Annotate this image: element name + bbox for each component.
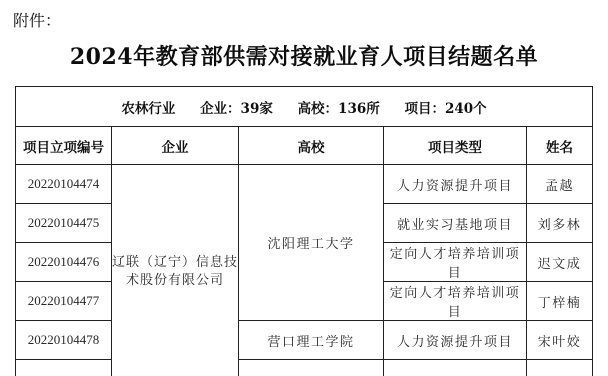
project-id-cell <box>16 360 112 376</box>
name-cell: 孟越 <box>527 165 593 204</box>
summary-cell: 农林行业 企业：39家 高校：136所 项目：240个 <box>16 87 593 127</box>
project-id-cell: 20220104477 <box>16 282 112 321</box>
project-type-cell: 就业实习基地项目 <box>384 204 527 243</box>
document-title: 2024年教育部供需对接就业育人项目结题名单 <box>0 40 608 71</box>
table-row-partial <box>16 360 593 376</box>
table-row: 20220104478 营口理工学院 人力资源提升项目 宋叶姣 <box>16 321 593 360</box>
name-cell: 迟文成 <box>527 243 593 282</box>
university-cell: 沈阳理工大学 <box>239 165 384 321</box>
project-list-table: 农林行业 企业：39家 高校：136所 项目：240个 项目立项编号 企业 高校… <box>15 86 593 376</box>
summary-enterprises: 企业：39家 <box>200 97 273 117</box>
project-id-cell: 20220104474 <box>16 165 112 204</box>
university-cell <box>239 360 384 376</box>
enterprise-cell: 辽联（辽宁）信息技术股份有限公司 <box>112 165 239 376</box>
header-enterprise: 企业 <box>112 127 239 165</box>
name-cell: 刘多林 <box>527 204 593 243</box>
project-type-cell <box>384 360 527 376</box>
name-cell <box>527 360 593 376</box>
name-cell: 丁梓楠 <box>527 282 593 321</box>
summary-row: 农林行业 企业：39家 高校：136所 项目：240个 <box>16 87 593 127</box>
header-project-id: 项目立项编号 <box>16 127 112 165</box>
header-name: 姓名 <box>527 127 593 165</box>
column-header-row: 项目立项编号 企业 高校 项目类型 姓名 <box>16 127 593 165</box>
table-row: 20220104474 辽联（辽宁）信息技术股份有限公司 沈阳理工大学 人力资源… <box>16 165 593 204</box>
attachment-label: 附件： <box>13 8 61 31</box>
summary-universities: 高校：136所 <box>298 97 380 117</box>
summary-projects: 项目：240个 <box>404 97 486 117</box>
summary-industry: 农林行业 <box>121 97 175 117</box>
header-university: 高校 <box>239 127 384 165</box>
project-type-cell: 人力资源提升项目 <box>384 321 527 360</box>
project-type-cell: 定向人才培养培训项目 <box>384 243 527 282</box>
header-project-type: 项目类型 <box>384 127 527 165</box>
project-id-cell: 20220104475 <box>16 204 112 243</box>
project-type-cell: 定向人才培养培训项目 <box>384 282 527 321</box>
project-id-cell: 20220104478 <box>16 321 112 360</box>
project-type-cell: 人力资源提升项目 <box>384 165 527 204</box>
university-cell: 营口理工学院 <box>239 321 384 360</box>
project-id-cell: 20220104476 <box>16 243 112 282</box>
name-cell: 宋叶姣 <box>527 321 593 360</box>
